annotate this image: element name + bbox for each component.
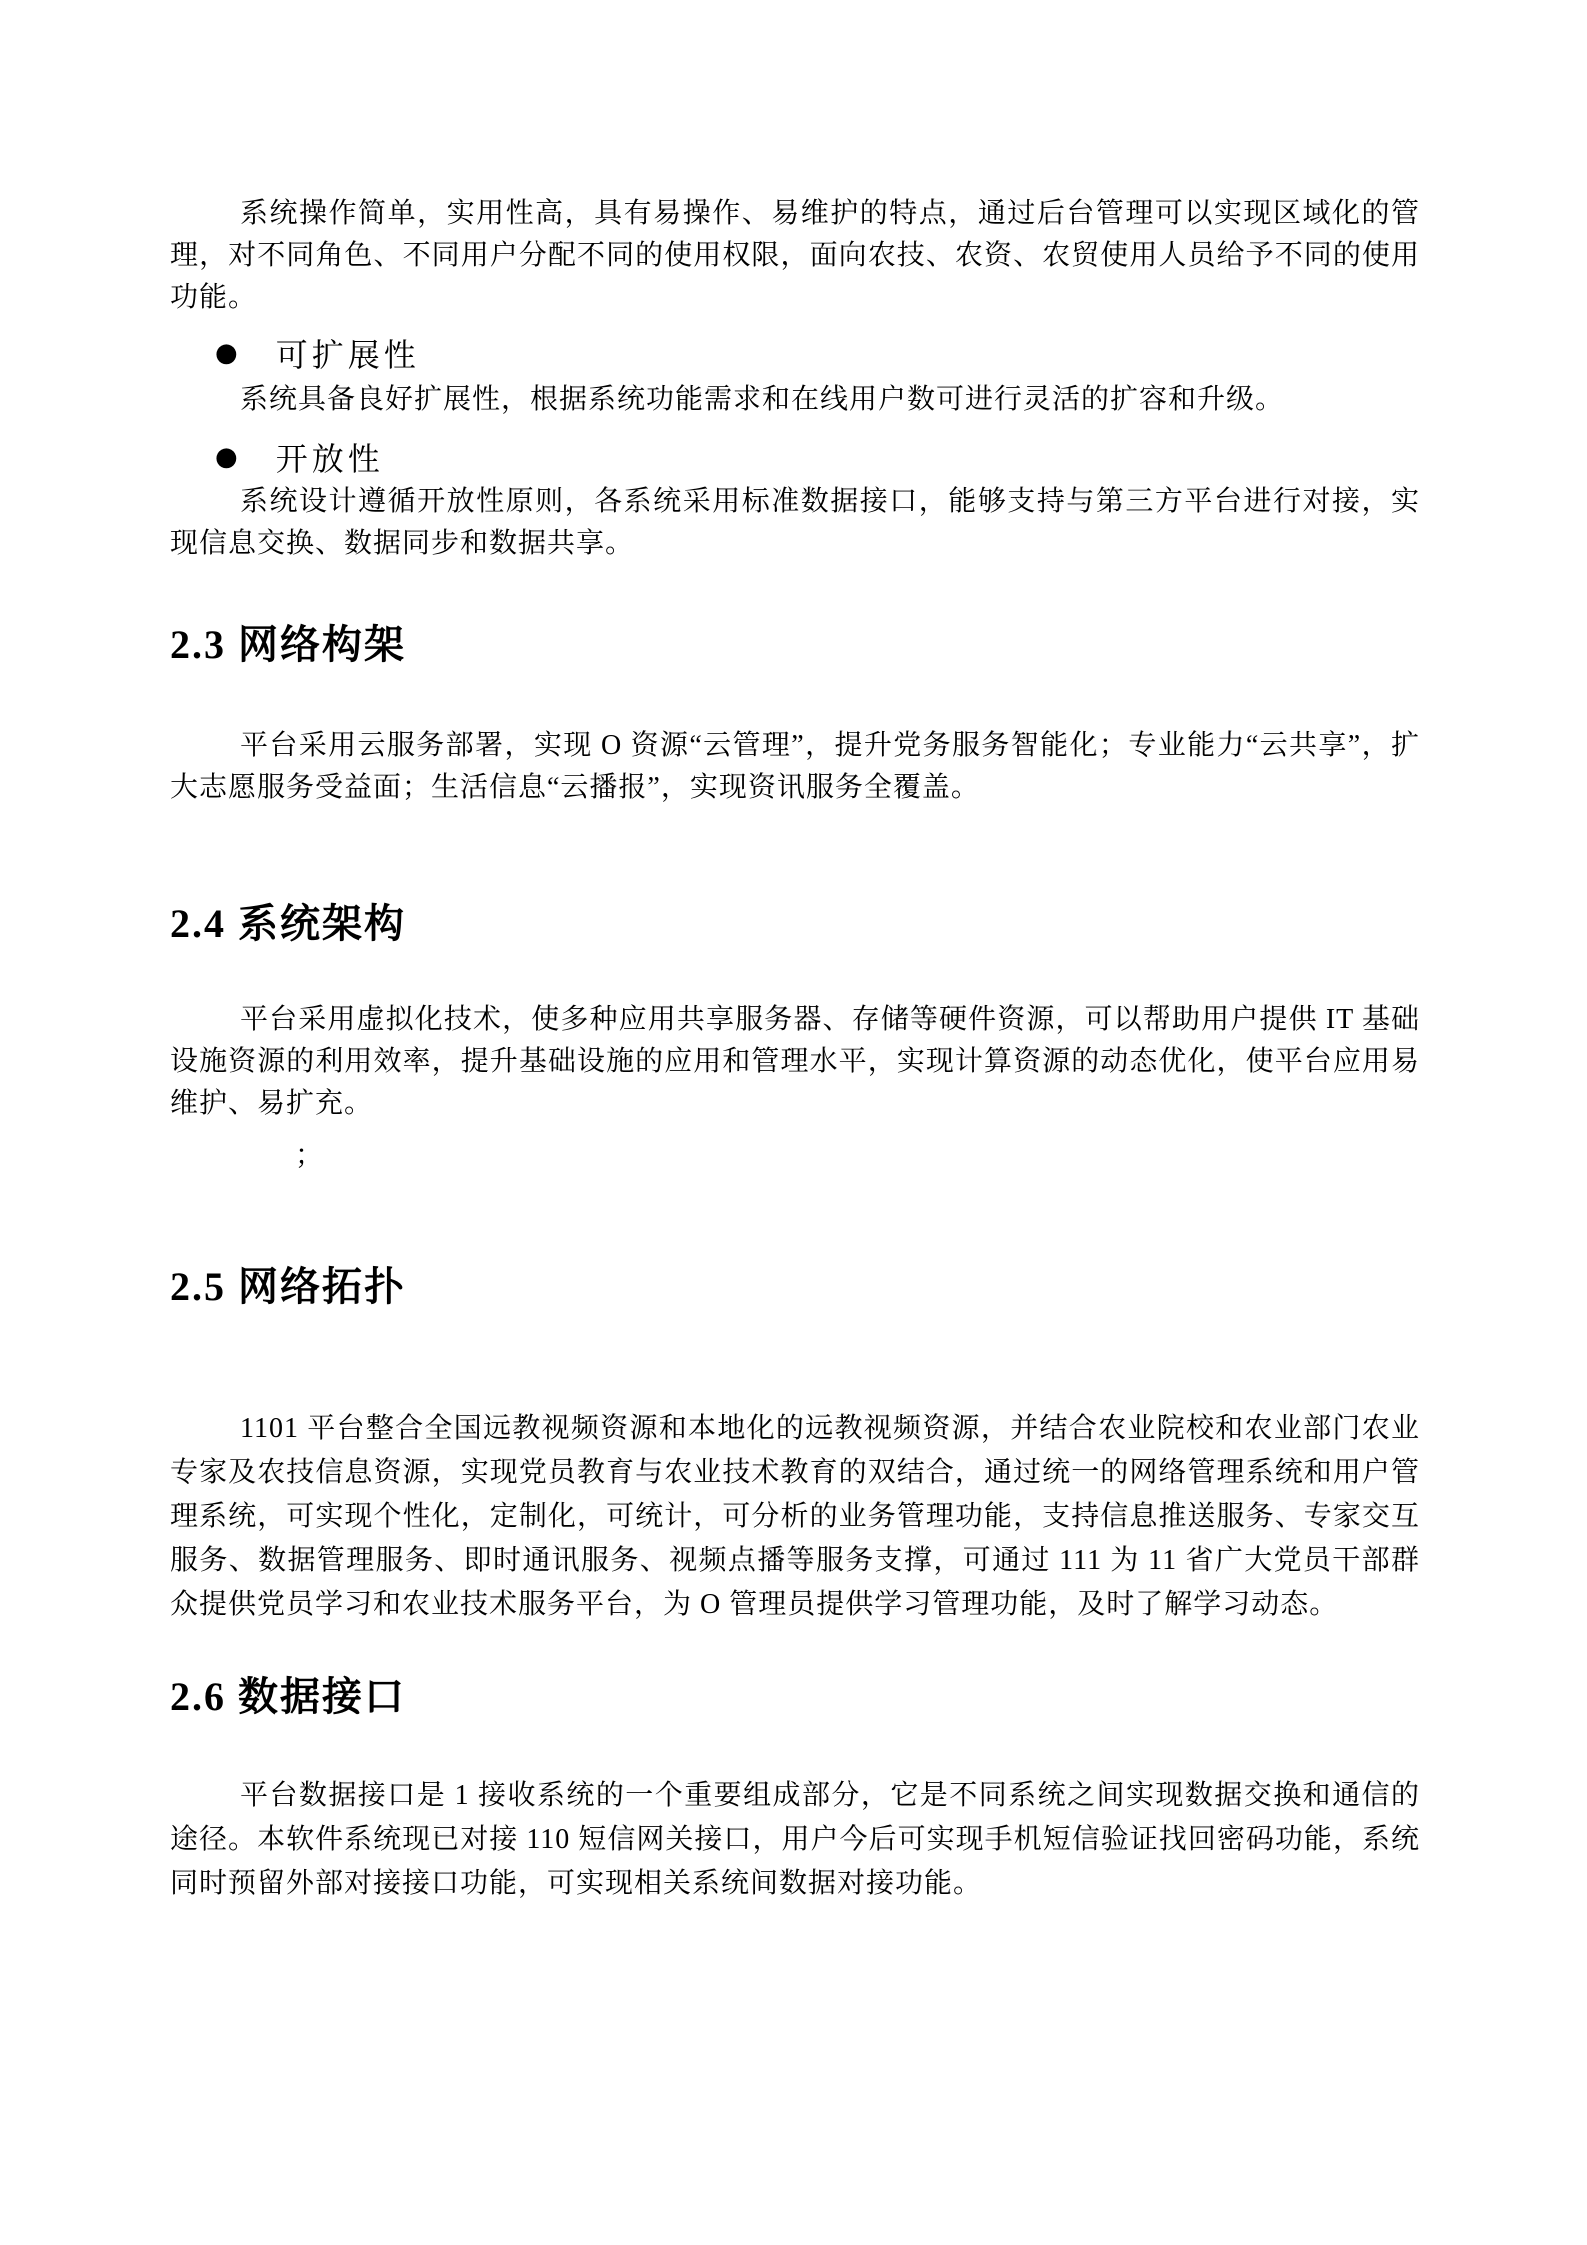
section-2-4-paragraph: 平台采用虚拟化技术，使多种应用共享服务器、存储等硬件资源，可以帮助用户提供 IT… bbox=[170, 999, 1420, 1125]
bullet-icon: ● bbox=[215, 340, 238, 366]
section-heading-2-3: 2.3 网络构架 bbox=[170, 620, 1420, 670]
bullet-item-openness: ● 开放性 bbox=[215, 433, 1420, 481]
bullet-item-scalability: ● 可扩展性 bbox=[215, 329, 1420, 377]
section-2-3-paragraph: 平台采用云服务部署，实现 O 资源“云管理”，提升党务服务智能化；专业能力“云共… bbox=[170, 725, 1420, 809]
bullet-icon: ● bbox=[215, 444, 238, 470]
stray-semicolon-line: ； bbox=[170, 1135, 1420, 1177]
bullet-label: 可扩展性 bbox=[276, 330, 420, 376]
bullet-label: 开放性 bbox=[276, 434, 384, 480]
section-2-5-paragraph: 1101 平台整合全国远教视频资源和本地化的远教视频资源，并结合农业院校和农业部… bbox=[170, 1407, 1420, 1627]
section-heading-2-4: 2.4 系统架构 bbox=[170, 899, 1420, 949]
document-page: 系统操作简单，实用性高，具有易操作、易维护的特点，通过后台管理可以实现区域化的管… bbox=[0, 0, 1587, 2245]
intro-paragraph: 系统操作简单，实用性高，具有易操作、易维护的特点，通过后台管理可以实现区域化的管… bbox=[170, 193, 1420, 319]
openness-paragraph: 系统设计遵循开放性原则，各系统采用标准数据接口，能够支持与第三方平台进行对接，实… bbox=[170, 481, 1420, 565]
section-heading-2-5: 2.5 网络拓扑 bbox=[170, 1262, 1420, 1312]
scalability-paragraph: 系统具备良好扩展性，根据系统功能需求和在线用户数可进行灵活的扩容和升级。 bbox=[170, 379, 1420, 421]
section-heading-2-6: 2.6 数据接口 bbox=[170, 1672, 1420, 1722]
section-2-6-paragraph: 平台数据接口是 1 接收系统的一个重要组成部分，它是不同系统之间实现数据交换和通… bbox=[170, 1774, 1420, 1906]
